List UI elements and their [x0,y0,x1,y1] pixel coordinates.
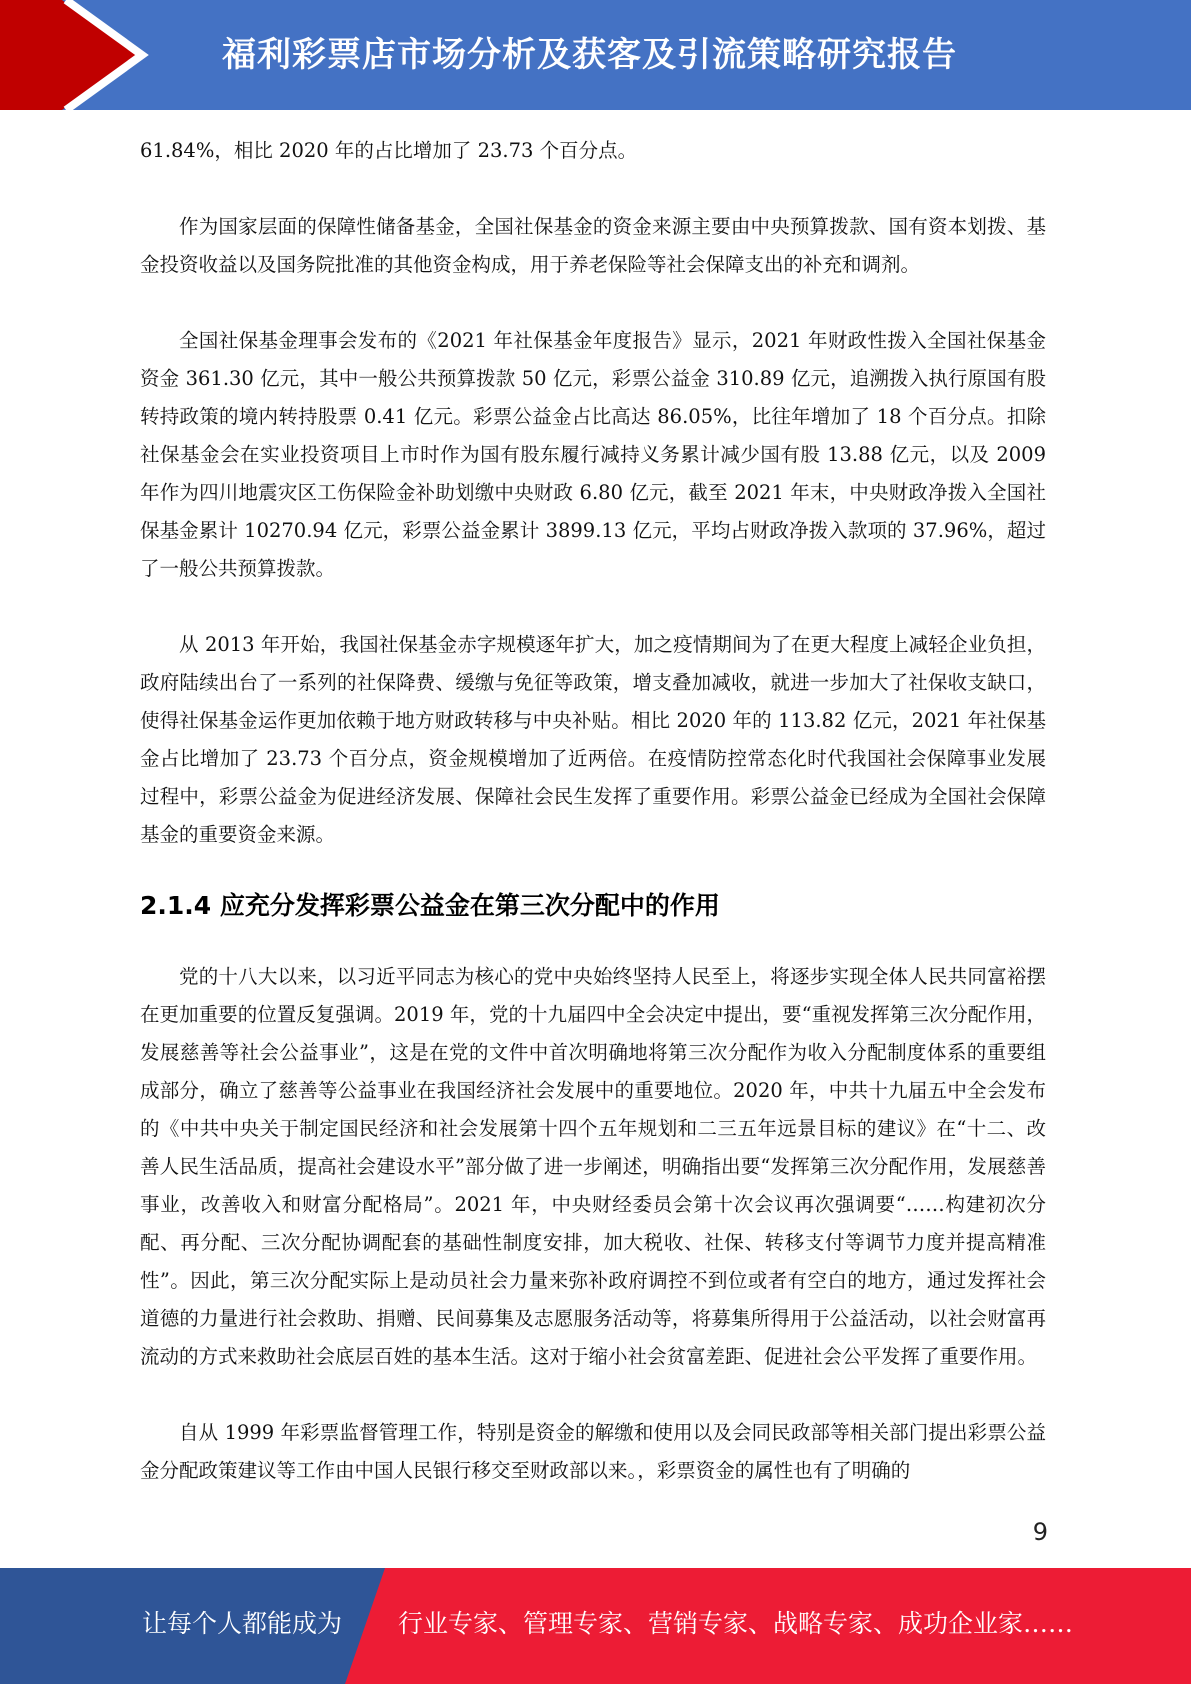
paragraph: 党的十八大以来，以习近平同志为核心的党中央始终坚持人民至上，将逐步实现全体人民共… [140,958,1046,1376]
footer-slogan-left: 让每个人都能成为 [142,1606,342,1642]
paragraph: 61.84%，相比 2020 年的占比增加了 23.73 个百分点。 [140,132,1046,170]
page-footer: 让每个人都能成为 行业专家、管理专家、营销专家、战略专家、成功企业家…… [0,1568,1191,1684]
paragraph: 作为国家层面的保障性储备基金，全国社保基金的资金来源主要由中央预算拨款、国有资本… [140,208,1046,284]
paragraph: 自从 1999 年彩票监督管理工作，特别是资金的解缴和使用以及会同民政部等相关部… [140,1414,1046,1490]
document-body: 61.84%，相比 2020 年的占比增加了 23.73 个百分点。 作为国家层… [140,132,1046,1528]
paragraph: 全国社保基金理事会发布的《2021 年社保基金年度报告》显示，2021 年财政性… [140,322,1046,588]
footer-slogan-right: 行业专家、管理专家、营销专家、战略专家、成功企业家…… [398,1606,1073,1642]
report-title: 福利彩票店市场分析及获客及引流策略研究报告 [222,30,957,80]
paragraph: 从 2013 年开始，我国社保基金赤字规模逐年扩大，加之疫情期间为了在更大程度上… [140,626,1046,854]
chevron-decoration-icon [0,0,160,110]
page-number: 9 [1033,1518,1048,1546]
section-heading: 2.1.4 应充分发挥彩票公益金在第三次分配中的作用 [140,886,1046,926]
page-header: 福利彩票店市场分析及获客及引流策略研究报告 [0,0,1191,110]
